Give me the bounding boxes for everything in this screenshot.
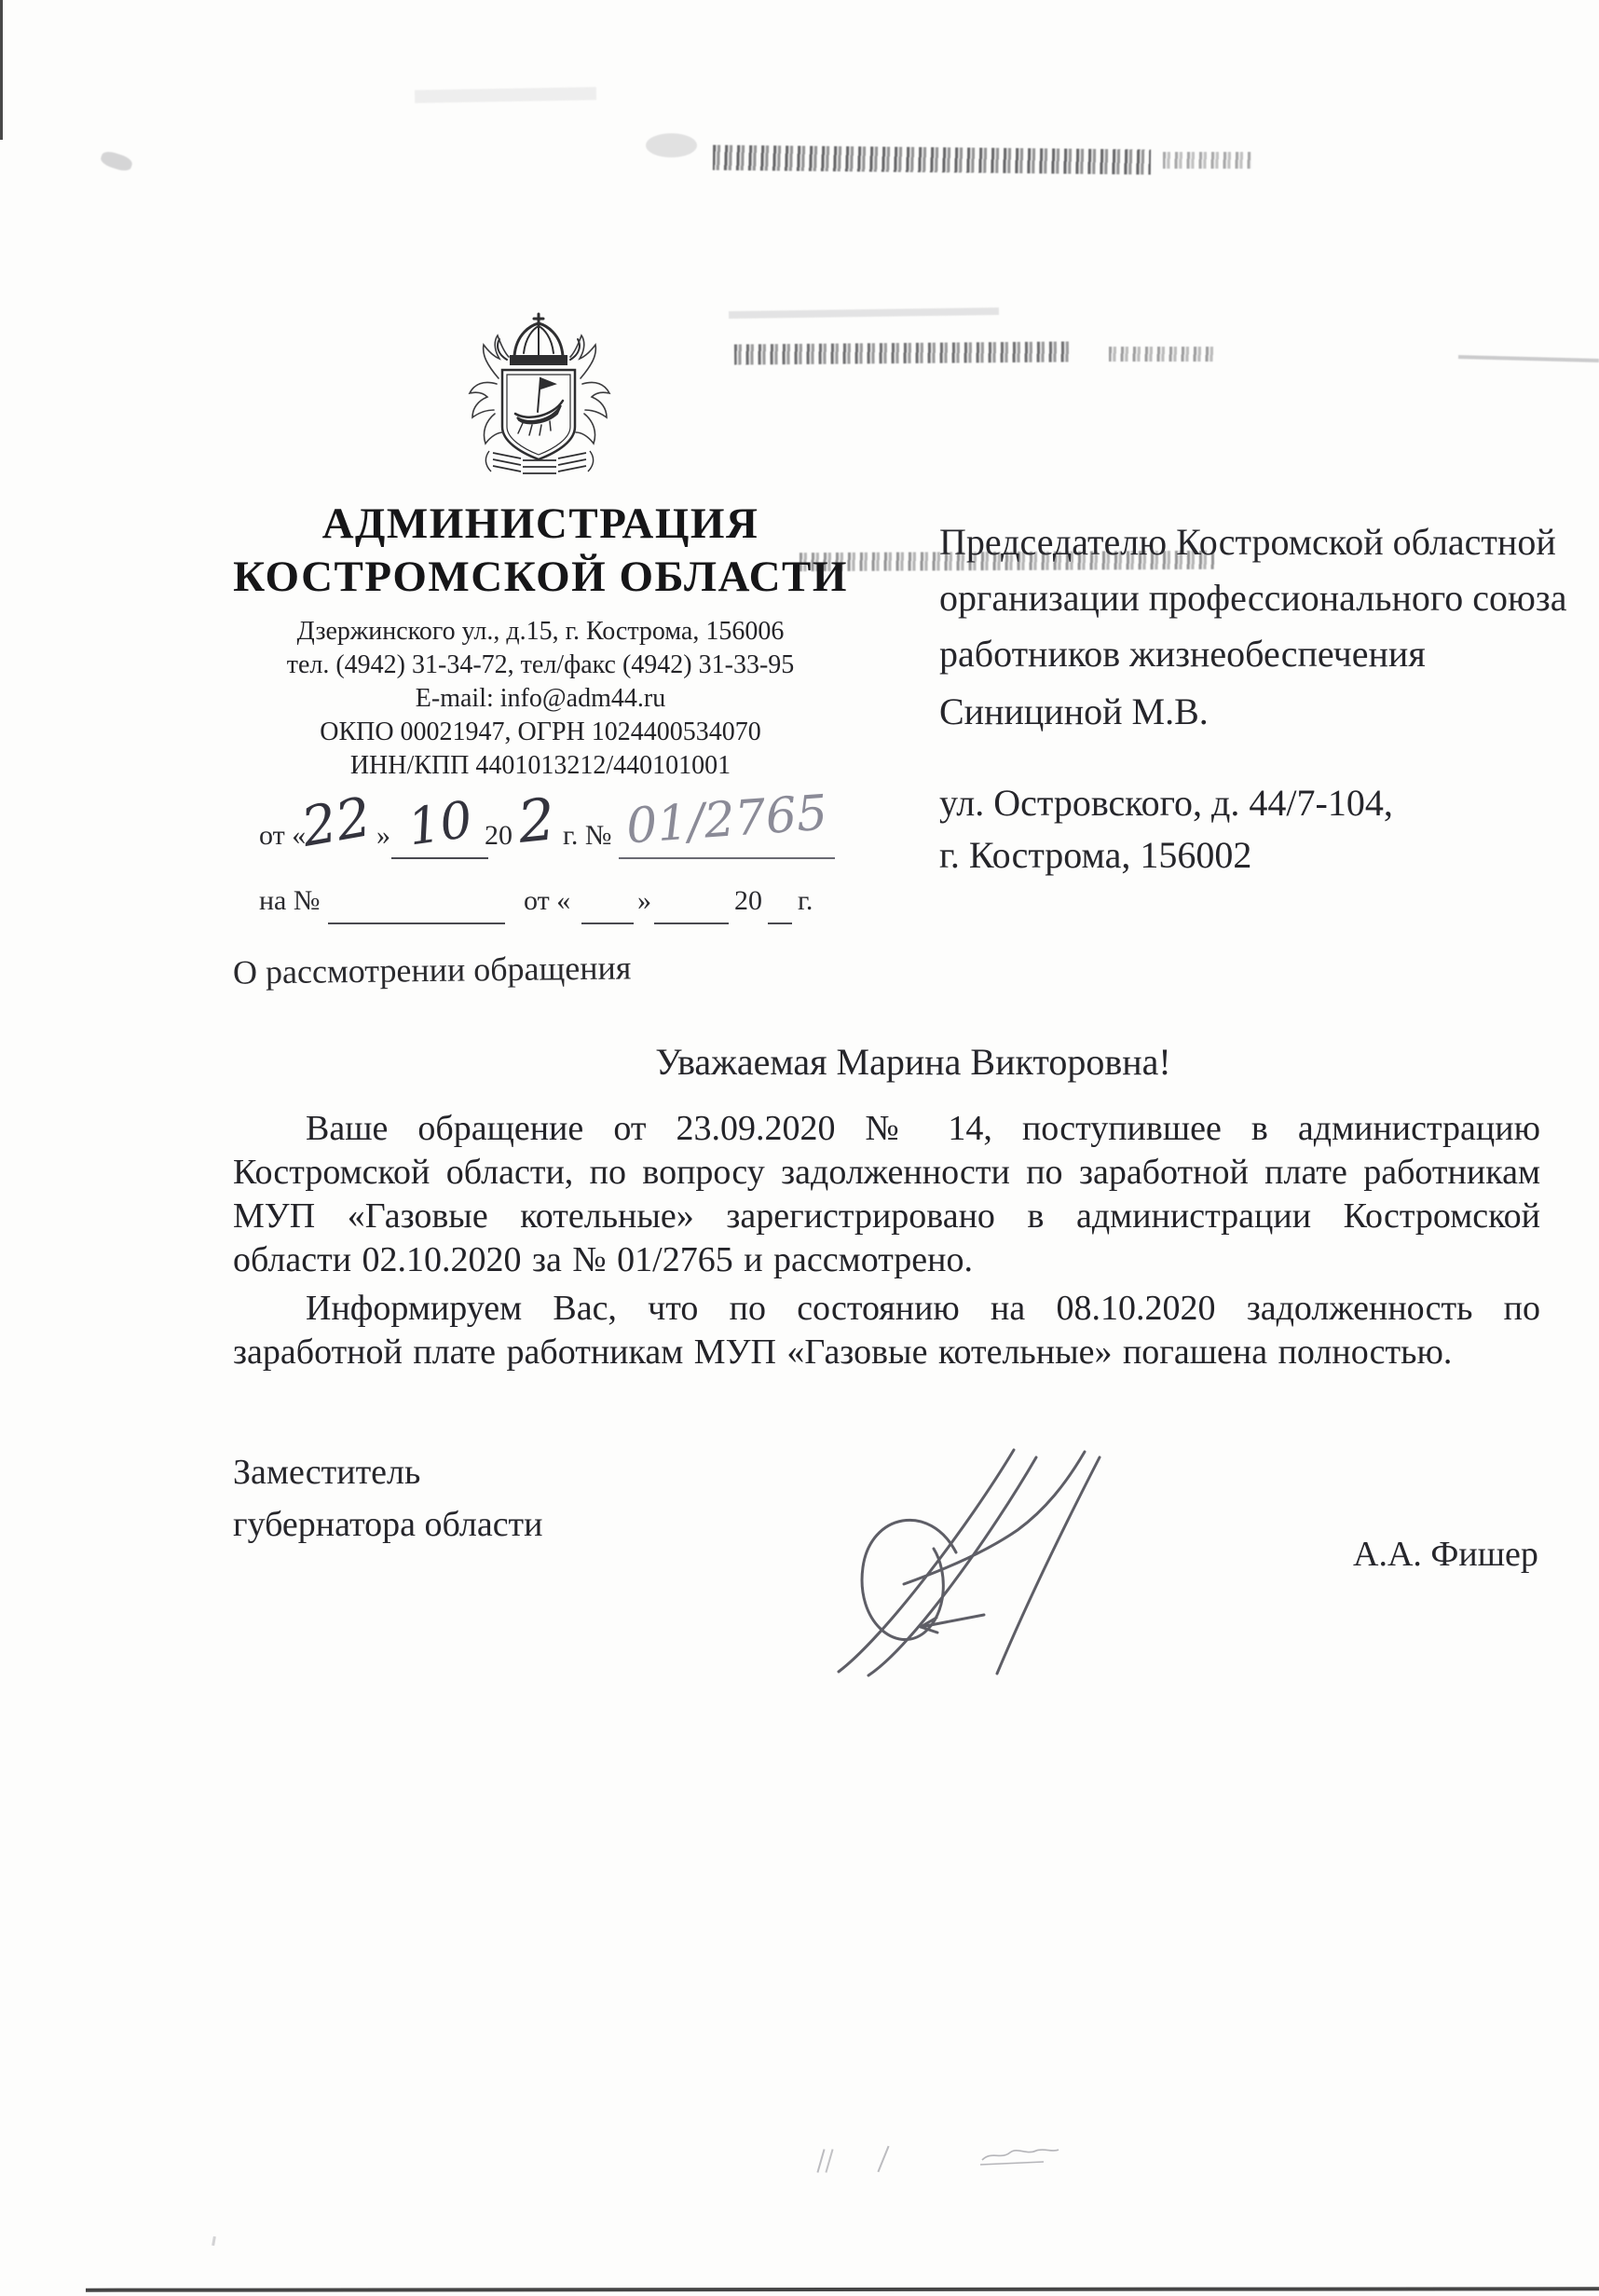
outgoing-ref-year-suffix: г. № — [563, 820, 612, 852]
incoming-ref-quote-close: » — [637, 885, 651, 917]
addressee-address-line: г. Кострома, 156002 — [939, 829, 1573, 881]
incoming-ref-number-blank — [328, 922, 505, 924]
incoming-ref-year-blank — [768, 922, 792, 924]
pencil-mark — [212, 2236, 216, 2246]
signer-name: А.А. Фишер — [1353, 1534, 1538, 1575]
scan-smudge — [729, 307, 999, 319]
scan-smudge — [415, 87, 596, 102]
addressee-org-line: Председателю Костромской областной — [939, 514, 1573, 570]
scan-smudge — [1458, 355, 1599, 362]
scan-smudge — [99, 149, 133, 173]
addressee-org-line: работников жизнеобеспечения — [939, 626, 1573, 682]
outgoing-ref-quote-close: » — [376, 820, 390, 852]
org-title: АДМИНИСТРАЦИЯ КОСТРОМСКОЙ ОБЛАСТИ — [210, 498, 871, 604]
incoming-ref-month-blank — [654, 922, 729, 924]
handwritten-signature — [773, 1444, 1183, 1677]
addressee-org-line: организации профессионального союза — [939, 570, 1573, 626]
scan-smudge — [1109, 347, 1216, 362]
letter-body: Ваше обращение от 23.09.2020 № 14, посту… — [233, 1107, 1540, 1379]
signoff-position-line2: губернатора области — [233, 1498, 543, 1551]
handwritten-number: 01/2765 — [624, 786, 829, 855]
handwritten-day: 22 — [297, 785, 376, 859]
scan-smudge — [734, 341, 1070, 364]
incoming-ref-year-suffix: г. — [798, 885, 813, 917]
coat-of-arms-icon — [441, 311, 638, 492]
scan-smudge — [1163, 152, 1251, 169]
signoff-position-line1: Заместитель — [233, 1446, 543, 1498]
org-address-line: тел. (4942) 31-34-72, тел/факс (4942) 31… — [191, 649, 890, 682]
outgoing-ref-from-label: от « — [259, 820, 306, 852]
outgoing-ref-number-blank — [619, 857, 835, 859]
org-address-line: ОКПО 00021947, ОГРН 1024400534070 — [191, 716, 890, 749]
pencil-scribble — [978, 2143, 1062, 2167]
scan-edge-left — [0, 0, 3, 140]
handwritten-year: 2 — [514, 785, 558, 856]
outgoing-ref-month-blank — [391, 857, 488, 859]
incoming-ref-year-label: 20 — [734, 885, 762, 917]
addressee-address: ул. Островского, д. 44/7-104, г. Костром… — [939, 777, 1573, 881]
scan-smudge — [713, 145, 1151, 175]
incoming-ref-from-label: от « — [524, 885, 570, 917]
scan-edge-bottom — [86, 2287, 1599, 2291]
pencil-mark — [825, 2149, 833, 2173]
scan-smudge — [646, 133, 697, 157]
incoming-ref-label: на № — [259, 885, 321, 917]
addressee-org: Председателю Костромской областной орган… — [939, 514, 1573, 682]
org-title-line2: КОСТРОМСКОЙ ОБЛАСТИ — [210, 551, 871, 604]
outgoing-ref-year-label: 20 — [485, 820, 512, 852]
org-title-line1: АДМИНИСТРАЦИЯ — [210, 498, 871, 551]
addressee-address-line: ул. Островского, д. 44/7-104, — [939, 777, 1573, 829]
signoff-position: Заместитель губернатора области — [233, 1446, 543, 1551]
addressee-name: Синициной М.В. — [939, 690, 1209, 733]
subject-line: О рассмотрении обращения — [233, 948, 632, 991]
pencil-mark — [816, 2149, 825, 2173]
body-paragraph-2: Информируем Вас, что по состоянию на 08.… — [233, 1287, 1540, 1374]
org-address-line: E-mail: info@adm44.ru — [191, 682, 890, 716]
org-address-line: ИНН/КПП 4401013212/440101001 — [191, 749, 890, 783]
incoming-ref-day-blank — [581, 922, 634, 924]
org-address-line: Дзержинского ул., д.15, г. Кострома, 156… — [191, 615, 890, 649]
salutation: Уважаемая Марина Викторовна! — [289, 1040, 1537, 1084]
org-address-block: Дзержинского ул., д.15, г. Кострома, 156… — [191, 615, 890, 783]
handwritten-month: 10 — [404, 790, 476, 857]
body-paragraph-1: Ваше обращение от 23.09.2020 № 14, посту… — [233, 1107, 1540, 1282]
scanned-letter-page: АДМИНИСТРАЦИЯ КОСТРОМСКОЙ ОБЛАСТИ Дзержи… — [0, 0, 1599, 2296]
pencil-mark — [877, 2146, 889, 2173]
